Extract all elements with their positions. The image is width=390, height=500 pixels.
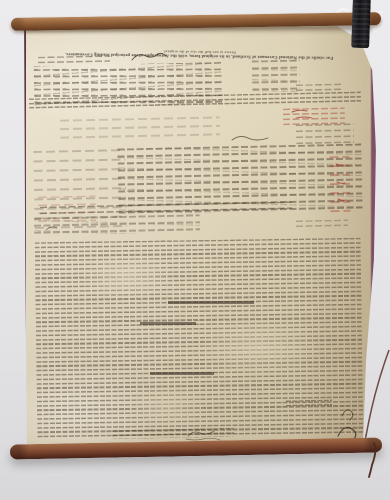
signature-scribbles <box>296 219 348 230</box>
body-text-block <box>35 238 364 439</box>
signature-scribbles <box>296 123 354 144</box>
side-cord <box>366 350 389 436</box>
signature-scribbles <box>252 60 301 95</box>
signature-scribbles <box>60 116 220 141</box>
body-heading-line <box>140 322 196 325</box>
hanging-strap <box>351 0 371 48</box>
selvage-edge-left <box>22 24 26 446</box>
scroll-photograph: Drawn to one-half the size of the origin… <box>0 0 390 500</box>
body-heading-line <box>168 301 254 304</box>
red-ink-scribbles <box>329 156 350 214</box>
signature-scribbles <box>34 214 200 235</box>
selvage-edge-right <box>371 52 376 347</box>
marginal-note-scribble <box>286 400 332 407</box>
body-heading-line <box>150 372 214 375</box>
